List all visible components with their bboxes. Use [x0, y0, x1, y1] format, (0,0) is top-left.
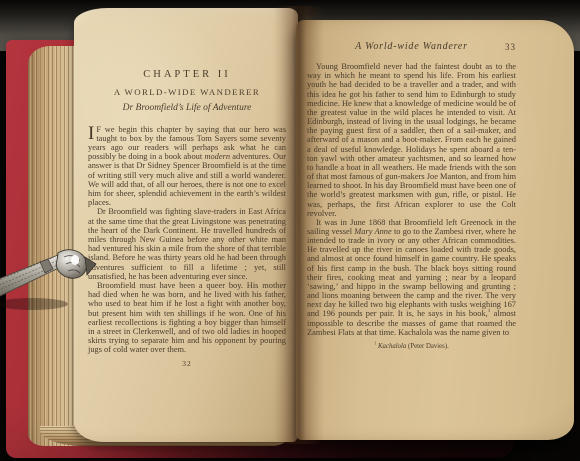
- right-page: A World-wide Wanderer 33 Young Broomfiel…: [296, 20, 574, 440]
- left-page: CHAPTER II A WORLD-WIDE WANDERER Dr Broo…: [74, 8, 298, 442]
- text-run: Broomfield must have been a queer boy. H…: [88, 281, 286, 354]
- running-header-title: A World-wide Wanderer: [355, 41, 468, 52]
- paragraph: Broomfield must have been a queer boy. H…: [88, 281, 286, 355]
- right-page-number: 33: [505, 43, 516, 52]
- paragraph: Young Broomfield never had the faintest …: [307, 62, 516, 218]
- bookmark-tip: [85, 257, 96, 275]
- running-header: A World-wide Wanderer 33: [307, 42, 516, 51]
- text-run: adventures. Our answer is that Dr Sidney…: [88, 152, 286, 207]
- chapter-heading: CHAPTER II: [88, 70, 286, 79]
- right-page-text: Young Broomfield never had the faintest …: [307, 62, 516, 337]
- footnote: 1 Kachalola (Peter Davies).: [307, 342, 516, 351]
- open-book: CHAPTER II A WORLD-WIDE WANDERER Dr Broo…: [0, 0, 580, 461]
- text-run: Young Broomfield never had the faintest …: [307, 62, 516, 218]
- italic-text-run: Mary Anne: [354, 227, 391, 236]
- bookmark-hand-ornament: [56, 250, 86, 279]
- paragraph: IF we begin this chapter by saying that …: [88, 125, 286, 208]
- text-run: (Peter Davies).: [406, 343, 448, 350]
- silver-bookmark: [0, 244, 100, 320]
- text-run: to go to the Zambesi river, where he int…: [307, 227, 516, 318]
- left-page-text: IF we begin this chapter by saying that …: [88, 125, 286, 355]
- bookmark-highlight: [71, 255, 79, 265]
- italic-text-run: Kachalola: [376, 343, 406, 350]
- left-page-number: 32: [88, 359, 286, 368]
- bookmark-shadow: [0, 298, 68, 310]
- photo-scene: CHAPTER II A WORLD-WIDE WANDERER Dr Broo…: [0, 0, 580, 461]
- text-run: Dr Broomfield was fighting slave-traders…: [88, 207, 286, 280]
- paragraph: It was in June 1868 that Broomfield left…: [307, 218, 516, 337]
- chapter-subtitle: Dr Broomfield’s Life of Adventure: [88, 104, 286, 113]
- right-page-content: A World-wide Wanderer 33 Young Broomfiel…: [296, 20, 574, 351]
- section-title: A WORLD-WIDE WANDERER: [88, 88, 286, 97]
- paragraph: Dr Broomfield was fighting slave-traders…: [88, 207, 286, 281]
- italic-text-run: modern: [204, 152, 230, 161]
- left-page-content: CHAPTER II A WORLD-WIDE WANDERER Dr Broo…: [74, 8, 298, 368]
